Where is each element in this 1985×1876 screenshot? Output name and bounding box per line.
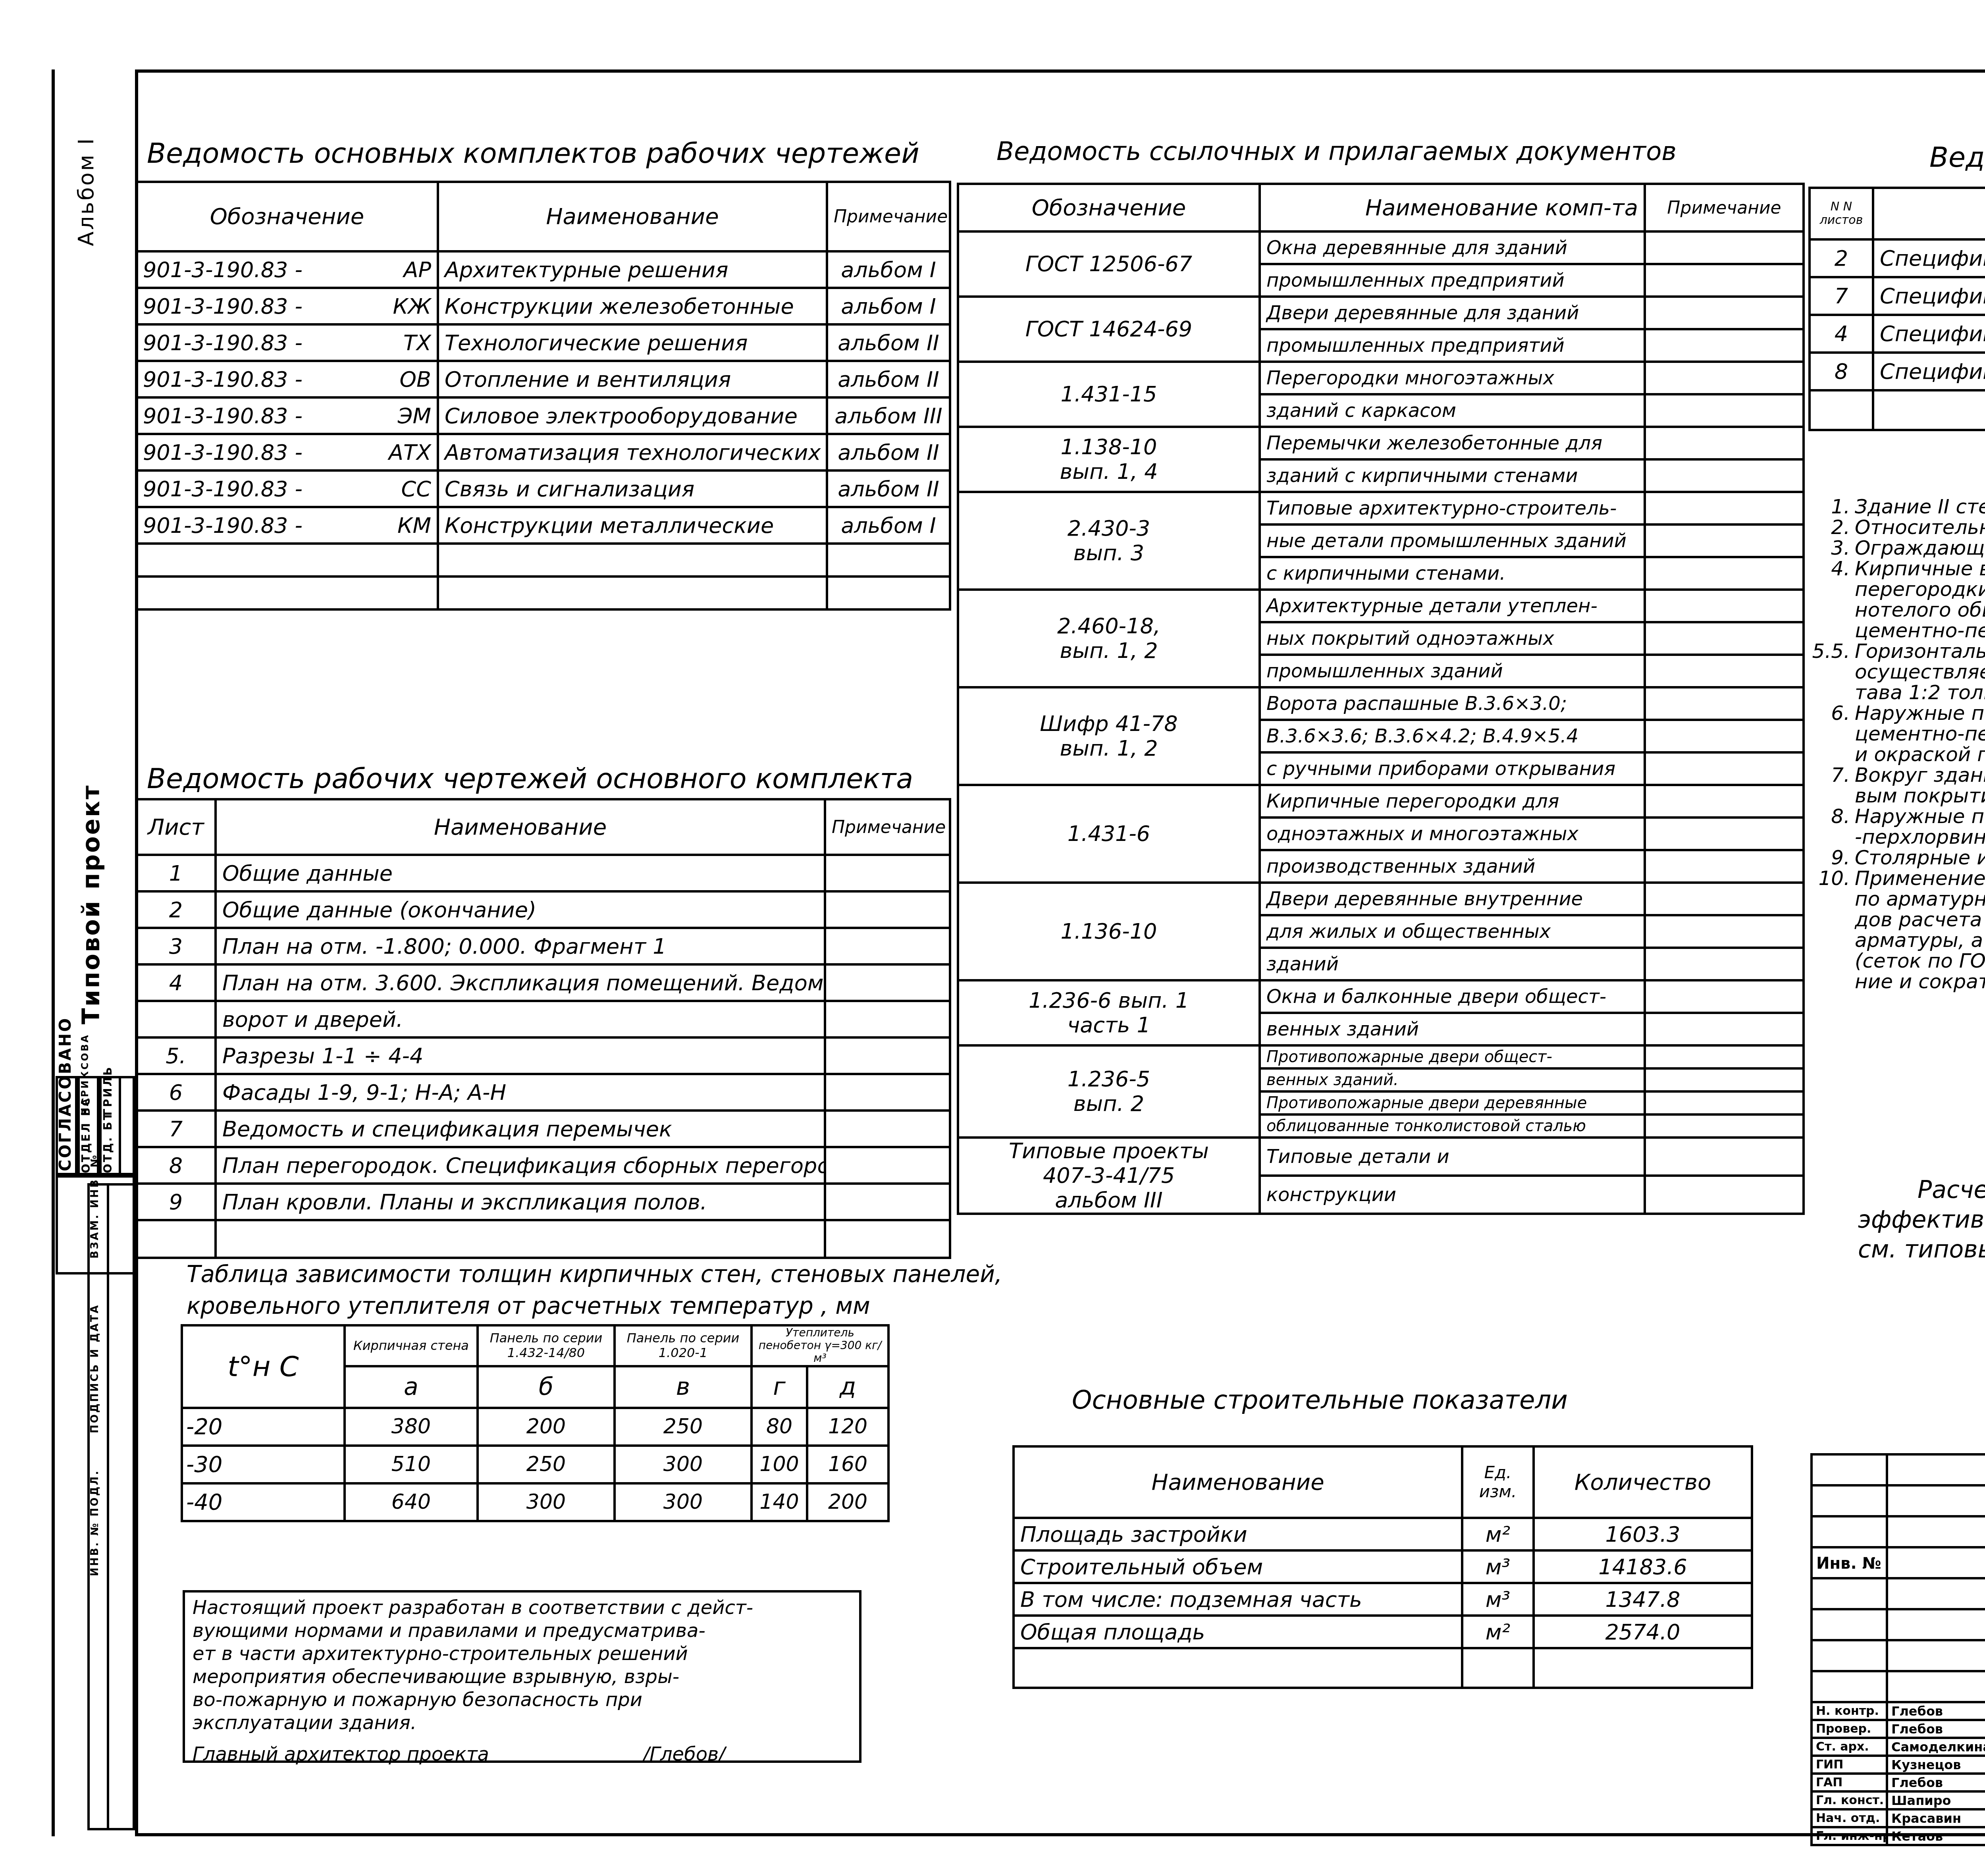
refs-name-line: Перемычки железобетонные для <box>1260 427 1645 459</box>
agreed-name-1: НАРИКСОВА <box>79 1033 91 1116</box>
drawings-name: ворот и дверей. <box>216 1001 825 1037</box>
indicators-header-qty: Количество <box>1534 1446 1752 1518</box>
thickness-temp: -20 <box>182 1408 345 1446</box>
indicators-qty: 1603.3 <box>1534 1518 1752 1550</box>
thickness-value: 510 <box>345 1446 478 1483</box>
refs-name-line: Двери деревянные для зданий <box>1260 297 1645 329</box>
indicators-unit: м² <box>1462 1616 1534 1648</box>
general-note-line: цементно-песчаном растворе марки 25. <box>1810 620 1985 641</box>
refs-row: 1.431-15Перегородки многоэтажных <box>958 362 1804 394</box>
efficiency-line: см. типовые проектные решения тп 901-3-1… <box>1858 1235 1985 1265</box>
general-note-line: 9.Столярные изделия окрашиваются масляно… <box>1810 847 1985 868</box>
agreed-label: СОГЛАСОВАНО <box>56 1017 75 1171</box>
refs-name-line: облицованные тонколистовой сталью <box>1260 1114 1645 1138</box>
refs-table-title: Ведомость ссылочных и прилагаемых докуме… <box>996 137 1677 166</box>
drawings-name: План на отм. 3.600. Экспликация помещени… <box>216 964 825 1001</box>
drawings-row: 4План на отм. 3.600. Экспликация помещен… <box>136 964 950 1001</box>
staff-name: Глебов <box>1887 1774 1985 1791</box>
general-note-line: 5.5.Горизонтальная гидроизоляция стен от… <box>1810 641 1985 661</box>
staff-role: ГАП <box>1812 1774 1887 1791</box>
indicators-qty: 1347.8 <box>1534 1583 1752 1616</box>
sets-note: альбом II <box>827 434 950 470</box>
thickness-subheader: г <box>752 1366 807 1408</box>
thickness-subheader: а <box>345 1366 478 1408</box>
general-note-line: (сеток по ГОСТ 23279-78) позволило упрос… <box>1810 951 1985 971</box>
staff-row: Гл. конст.Шапиро <box>1812 1791 1985 1809</box>
refs-row: 2.460-18,вып. 1, 2Архитектурные детали у… <box>958 590 1804 622</box>
specs-title: Ведомость спецификаций <box>1929 141 1985 174</box>
sets-header-code: Обозначение <box>136 182 438 251</box>
sets-note: альбом III <box>827 397 950 434</box>
refs-row: ГОСТ 14624-69Двери деревянные для зданий <box>958 297 1804 329</box>
drawings-row: 3План на отм. -1.800; 0.000. Фрагмент 1 <box>136 928 950 964</box>
sets-code: 901-3-190.83 -СС <box>136 470 438 507</box>
sets-note: альбом II <box>827 470 950 507</box>
indicators-row: Площадь застройким²1603.3 <box>1014 1518 1752 1550</box>
sets-name: Технологические решения <box>438 324 827 361</box>
refs-row: 1.236-5вып. 2Противопожарные двери общес… <box>958 1045 1804 1068</box>
indicators-row: Строительный объемм³14183.6 <box>1014 1550 1752 1583</box>
general-note-line: 3.Ограждающие конструкции-керамзитобетон… <box>1810 538 1985 558</box>
sets-note: альбом II <box>827 324 950 361</box>
general-note-line: 6.Наружные поверхности кирпичных вставок… <box>1810 703 1985 723</box>
drawings-row: 7Ведомость и спецификация перемычек <box>136 1111 950 1147</box>
indicators-name: В том числе: подземная часть <box>1014 1583 1462 1616</box>
sets-table-title: Ведомость основных комплектов рабочих че… <box>147 137 919 170</box>
sets-row: 901-3-190.83 -ОВОтопление и вентиляцияал… <box>136 361 950 397</box>
staff-row: Н. контр.Глебов <box>1812 1702 1985 1720</box>
staff-row: Гл. инж-нрКетаов <box>1812 1827 1985 1845</box>
general-note-line: 4.Кирпичные вставки наружных стен, внутр… <box>1810 558 1985 579</box>
refs-name-line: для жилых и общественных <box>1260 915 1645 948</box>
indicators-name: Общая площадь <box>1014 1616 1462 1648</box>
general-note-line: цементно-песчаным раствором марки 50 с р… <box>1810 723 1985 744</box>
thickness-row: -30510250300100160 <box>182 1446 888 1483</box>
specs-row: 4Спецификация гардеробного оборудования <box>1810 315 1985 353</box>
thickness-header-insulation: Утеплитель пенобетон γ=300 кг/м³ <box>752 1325 888 1366</box>
refs-name-line: зданий с каркасом <box>1260 394 1645 427</box>
staff-role: Провер. <box>1812 1720 1887 1738</box>
refs-name-line: Типовые архитектурно-строитель- <box>1260 492 1645 524</box>
staff-name: Шапиро <box>1887 1791 1985 1809</box>
refs-row: 1.236-6 вып. 1часть 1Окна и балконные дв… <box>958 980 1804 1013</box>
general-note-line: 8.Наружные поверхности панельных стен ок… <box>1810 806 1985 827</box>
stamp-field-sign-date: ПОДПИСЬ И ДАТА <box>89 1304 101 1433</box>
specs-row: 7Спецификация перемычек <box>1810 277 1985 315</box>
thickness-subheader: в <box>615 1366 752 1408</box>
thickness-value: 120 <box>807 1408 888 1446</box>
thickness-value: 300 <box>615 1446 752 1483</box>
refs-name-line: одноэтажных и многоэтажных <box>1260 817 1645 850</box>
indicators-row: В том числе: подземная частьм³1347.8 <box>1014 1583 1752 1616</box>
general-note-line: -перхлорвиниловыми красками. <box>1810 827 1985 847</box>
approval-stamp: СОГЛАСОВАНО ОТДЕЛ ВС НАРИКСОВА ОТД. БТ Г… <box>56 1076 135 1830</box>
staff-row: ГАПГлебов <box>1812 1774 1985 1791</box>
compliance-note: Настоящий проект разработан в соответств… <box>193 1596 753 1734</box>
sets-name: Конструкции железобетонные <box>438 288 827 324</box>
thickness-value: 200 <box>807 1483 888 1521</box>
staff-role: Нач. отд. <box>1812 1809 1887 1827</box>
refs-name-line: промышленных зданий <box>1260 655 1645 687</box>
sets-row: 901-3-190.83 -КЖКонструкции железобетонн… <box>136 288 950 324</box>
refs-header-name: Наименование комп-та <box>1260 184 1645 231</box>
specs-sheet: 7 <box>1810 277 1873 315</box>
refs-name-line: венных зданий <box>1260 1013 1645 1045</box>
efficiency-line: эффективности в соответствии с СН 514-79 <box>1858 1205 1985 1235</box>
sets-code: 901-3-190.83 -ЭМ <box>136 397 438 434</box>
efficiency-line: Расчеты показателей <box>1858 1175 1985 1205</box>
refs-name-line: с ручными приборами открывания <box>1260 752 1645 785</box>
staff-row: Ст. арх.Самоделкина <box>1812 1738 1985 1756</box>
drawings-sheet: 7 <box>136 1111 216 1147</box>
sets-code: 901-3-190.83 -КЖ <box>136 288 438 324</box>
drawings-row: 8План перегородок. Спецификация сборных … <box>136 1147 950 1184</box>
refs-row: Шифр 41-78вып. 1, 2Ворота распашные В.3.… <box>958 687 1804 720</box>
specs-name: Спецификация сборных перегородок. <box>1873 353 1985 390</box>
general-note-line: вым покрытием шириной 1.0м. <box>1810 785 1985 806</box>
indicators-unit: м² <box>1462 1518 1534 1550</box>
refs-name-line: производственных зданий <box>1260 850 1645 883</box>
drawings-sheet: 8 <box>136 1147 216 1184</box>
thickness-value: 300 <box>615 1483 752 1521</box>
drawings-header-name: Наименование <box>216 799 825 855</box>
refs-name-line: с кирпичными стенами. <box>1260 557 1645 590</box>
staff-role: Н. контр. <box>1812 1702 1887 1720</box>
staff-name: Самоделкина <box>1887 1738 1985 1756</box>
sets-row: 901-3-190.83 -ТХТехнологические решенияа… <box>136 324 950 361</box>
thickness-header-panel-1: Панель по серии 1.432-14/80 <box>478 1325 615 1366</box>
refs-name-line: конструкции <box>1260 1176 1645 1214</box>
specs-header-name: Наименование <box>1873 188 1985 239</box>
drawings-sheet <box>136 1001 216 1037</box>
efficiency-line: альбом I, стр. 7. <box>1858 1265 1985 1294</box>
refs-name-line: Окна деревянные для зданий <box>1260 231 1645 264</box>
sets-header-note: Примечание <box>827 182 950 251</box>
sets-row: 901-3-190.83 -СССвязь и сигнализацияальб… <box>136 470 950 507</box>
drawings-row: 9План кровли. Планы и экспликация полов. <box>136 1184 950 1220</box>
project-type-label: Типовой проект <box>77 784 105 1024</box>
general-note-line: и окраской под панели. <box>1810 744 1985 765</box>
sets-name: Архитектурные решения <box>438 251 827 288</box>
staff-name: Кузнецов <box>1887 1756 1985 1774</box>
thickness-title-1: Таблица зависимости толщин кирпичных сте… <box>187 1261 1002 1288</box>
general-note-line: 10.Применение коэффициента надежности по… <box>1810 868 1985 889</box>
drawings-sheet: 9 <box>136 1184 216 1220</box>
specs-sheet: 2 <box>1810 239 1873 277</box>
staff-name: Кетаов <box>1887 1827 1985 1845</box>
refs-code: Шифр 41-78вып. 1, 2 <box>958 687 1260 785</box>
refs-name-line: Противопожарные двери деревянные <box>1260 1091 1645 1114</box>
thickness-value: 640 <box>345 1483 478 1521</box>
general-note-line: тава 1:2 толщиной 20мм на отм. -0.030. <box>1810 682 1985 703</box>
general-note-line: дов расчета с помощью ЭВМ позволило сокр… <box>1810 909 1985 930</box>
thickness-value: 200 <box>478 1408 615 1446</box>
specs-sheet: 8 <box>1810 353 1873 390</box>
thickness-value: 80 <box>752 1408 807 1446</box>
refs-name-line: Ворота распашные В.3.6×3.0; <box>1260 687 1645 720</box>
sets-code: 901-3-190.83 -ОВ <box>136 361 438 397</box>
drawings-name: План кровли. Планы и экспликация полов. <box>216 1184 825 1220</box>
general-note-line: 7.Вокруг здания устраивается отмостка с … <box>1810 765 1985 785</box>
staff-role: Ст. арх. <box>1812 1738 1887 1756</box>
specs-header-sheets: N N листов <box>1810 188 1873 239</box>
drawings-sheet: 1 <box>136 855 216 891</box>
refs-code: ГОСТ 12506-67 <box>958 231 1260 297</box>
indicators-name: Строительный объем <box>1014 1550 1462 1583</box>
drawings-table-title: Ведомость рабочих чертежей основного ком… <box>147 762 913 795</box>
sets-name: Автоматизация технологических процессов <box>438 434 827 470</box>
drawings-header-sheet: Лист <box>136 799 216 855</box>
general-note-line: по арматурным сталям, а также более сове… <box>1810 889 1985 909</box>
margin-strip-line <box>52 69 55 1836</box>
general-note-line: арматуры, а применение индустриальных из… <box>1810 930 1985 951</box>
drawings-name: План перегородок. Спецификация сборных п… <box>216 1147 825 1184</box>
drawings-sheet: 5. <box>136 1037 216 1074</box>
drawings-name: Общие данные (окончание) <box>216 891 825 928</box>
sets-name: Отопление и вентиляция <box>438 361 827 397</box>
drawings-header-note: Примечание <box>825 799 950 855</box>
staff-row: Нач. отд.Красавин <box>1812 1809 1985 1827</box>
thickness-subheader: б <box>478 1366 615 1408</box>
staff-role: ГИП <box>1812 1756 1887 1774</box>
refs-name-line: венных зданий. <box>1260 1068 1645 1091</box>
drawings-name: Разрезы 1-1 ÷ 4-4 <box>216 1037 825 1074</box>
drawings-row: 1Общие данные <box>136 855 950 891</box>
specs-name: Спецификация элементов заполнения проемо… <box>1873 239 1985 277</box>
refs-name-line: Перегородки многоэтажных <box>1260 362 1645 394</box>
indicators-qty: 2574.0 <box>1534 1616 1752 1648</box>
indicators-qty: 14183.6 <box>1534 1550 1752 1583</box>
indicators-header-name: Наименование <box>1014 1446 1462 1518</box>
refs-name-line: Типовые детали и <box>1260 1138 1645 1176</box>
compliance-line: мероприятия обеспечивающие взрывную, взр… <box>193 1665 753 1688</box>
indicators-table: Наименование Ед. изм. Количество Площадь… <box>1012 1445 1753 1689</box>
staff-name: Глебов <box>1887 1720 1985 1738</box>
refs-header-note: Примечание <box>1645 184 1804 231</box>
drawings-name: Общие данные <box>216 855 825 891</box>
thickness-value: 380 <box>345 1408 478 1446</box>
refs-code: 1.236-5вып. 2 <box>958 1045 1260 1138</box>
thickness-value: 140 <box>752 1483 807 1521</box>
refs-row: Типовые проекты407-3-41/75альбом IIIТипо… <box>958 1138 1804 1176</box>
indicators-unit: м³ <box>1462 1550 1534 1583</box>
drawings-row: 5.Разрезы 1-1 ÷ 4-4 <box>136 1037 950 1074</box>
thickness-value: 300 <box>478 1483 615 1521</box>
title-block: Н. контр.ГлебовПровер.ГлебовСт. арх.Само… <box>1810 1453 1985 1836</box>
general-note-line: 1.Здание II степени огнестойкости <box>1810 496 1985 517</box>
refs-code: 1.236-6 вып. 1часть 1 <box>958 980 1260 1045</box>
inventory-label: Инв. № <box>1816 1554 1881 1573</box>
refs-name-line: Двери деревянные внутренние <box>1260 883 1645 915</box>
specs-name: Спецификация гардеробного оборудования <box>1873 315 1985 353</box>
thickness-value: 100 <box>752 1446 807 1483</box>
signature-role: Главный архитектор проекта <box>193 1743 489 1765</box>
refs-code: 1.431-6 <box>958 785 1260 883</box>
thickness-row: -40640300300140200 <box>182 1483 888 1521</box>
compliance-line: во-пожарную и пожарную безопасность при <box>193 1688 753 1711</box>
specs-name: Спецификация перемычек <box>1873 277 1985 315</box>
refs-row: 1.431-6Кирпичные перегородки для <box>958 785 1804 817</box>
thickness-table: t°н С Кирпичная стена Панель по серии 1.… <box>181 1324 890 1522</box>
general-note-line: ние и сократить трудоемкость работ при с… <box>1810 971 1985 992</box>
thickness-value: 250 <box>478 1446 615 1483</box>
thickness-header-panel-2: Панель по серии 1.020-1 <box>615 1325 752 1366</box>
refs-name-line: промышленных предприятий <box>1260 329 1645 362</box>
drawings-name: Фасады 1-9, 9-1; Н-А; А-Н <box>216 1074 825 1111</box>
agreed-dept-2: ОТД. БТ <box>101 1111 114 1173</box>
compliance-line: ет в части архитектурно-строительных реш… <box>193 1642 753 1665</box>
sets-code: 901-3-190.83 -ТХ <box>136 324 438 361</box>
sets-code: 901-3-190.83 -АР <box>136 251 438 288</box>
sets-row: 901-3-190.83 -КМКонструкции металлически… <box>136 507 950 544</box>
staff-role: Гл. инж-нр <box>1812 1827 1887 1845</box>
refs-row: 2.430-3вып. 3Типовые архитектурно-строит… <box>958 492 1804 524</box>
sets-header-name: Наименование <box>438 182 827 251</box>
staff-row: ГИПКузнецов <box>1812 1756 1985 1774</box>
sets-note: альбом I <box>827 251 950 288</box>
refs-name-line: ные детали промышленных зданий <box>1260 524 1645 557</box>
refs-table: Обозначение Наименование комп-та Примеча… <box>957 183 1805 1215</box>
refs-row: 1.136-10Двери деревянные внутренние <box>958 883 1804 915</box>
staff-name: Глебов <box>1887 1702 1985 1720</box>
sets-row: 901-3-190.83 -ЭМСиловое электрооборудова… <box>136 397 950 434</box>
refs-name-line: зданий с кирпичными стенами <box>1260 459 1645 492</box>
refs-code: 1.431-15 <box>958 362 1260 427</box>
refs-code: 1.136-10 <box>958 883 1260 980</box>
staff-row: Провер.Глебов <box>1812 1720 1985 1738</box>
sets-table: Обозначение Наименование Примечание 901-… <box>135 181 951 611</box>
sets-name: Связь и сигнализация <box>438 470 827 507</box>
refs-name-line: Противопожарные двери общест- <box>1260 1045 1645 1068</box>
drawings-sheet: 4 <box>136 964 216 1001</box>
refs-code: 2.430-3вып. 3 <box>958 492 1260 590</box>
refs-name-line: ных покрытий одноэтажных <box>1260 622 1645 655</box>
drawings-sheet: 3 <box>136 928 216 964</box>
specs-sheet: 4 <box>1810 315 1873 353</box>
refs-name-line: Архитектурные детали утеплен- <box>1260 590 1645 622</box>
thickness-value: 160 <box>807 1446 888 1483</box>
sets-note: альбом II <box>827 361 950 397</box>
sets-note: альбом I <box>827 507 950 544</box>
drawings-table: Лист Наименование Примечание 1Общие данн… <box>135 798 951 1259</box>
thickness-corner: t°н С <box>182 1325 345 1408</box>
refs-name-line: Кирпичные перегородки для <box>1260 785 1645 817</box>
signature-name: /Глебов/ <box>643 1743 725 1765</box>
sets-code: 901-3-190.83 -АТХ <box>136 434 438 470</box>
thickness-header-brick: Кирпичная стена <box>345 1325 478 1366</box>
general-note-line: нотелого обыкновенного марки 100 (ГОСТ 5… <box>1810 600 1985 620</box>
specs-table: N N листов Наименование Примечание 2Спец… <box>1808 187 1985 431</box>
thickness-subheader: д <box>807 1366 888 1408</box>
refs-code: 2.460-18,вып. 1, 2 <box>958 590 1260 687</box>
drawings-row: 2Общие данные (окончание) <box>136 891 950 928</box>
refs-code: Типовые проекты407-3-41/75альбом III <box>958 1138 1260 1214</box>
sets-name: Конструкции металлические <box>438 507 827 544</box>
refs-name-line: В.3.6×3.6; В.3.6×4.2; В.4.9×5.4 <box>1260 720 1645 752</box>
agreed-name-2: ГРИЛЬ <box>101 1066 114 1116</box>
compliance-line: эксплуатации здания. <box>193 1711 753 1734</box>
thickness-temp: -30 <box>182 1446 345 1483</box>
compliance-line: вующими нормами и правилами и предусматр… <box>193 1619 753 1642</box>
stamp-field-replaced: ВЗАМ. ИНВ. № <box>89 1153 101 1259</box>
refs-row: ГОСТ 12506-67Окна деревянные для зданий <box>958 231 1804 264</box>
refs-code: 1.138-10вып. 1, 4 <box>958 427 1260 492</box>
drawings-sheet: 6 <box>136 1074 216 1111</box>
general-note-line: перегородки выполняются из керамического… <box>1810 579 1985 600</box>
sets-row: 901-3-190.83 -АТХАвтоматизация технологи… <box>136 434 950 470</box>
drawings-row: 6Фасады 1-9, 9-1; Н-А; А-Н <box>136 1074 950 1111</box>
staff-name: Красавин <box>1887 1809 1985 1827</box>
indicators-name: Площадь застройки <box>1014 1518 1462 1550</box>
thickness-temp: -40 <box>182 1483 345 1521</box>
refs-header-code: Обозначение <box>958 184 1260 231</box>
staff-grid: Н. контр.ГлебовПровер.ГлебовСт. арх.Само… <box>1810 1453 1985 1846</box>
refs-name-line: Окна и балконные двери общест- <box>1260 980 1645 1013</box>
thickness-title-2: кровельного утеплителя от расчетных темп… <box>187 1292 870 1319</box>
drawings-row: ворот и дверей. <box>136 1001 950 1037</box>
indicators-header-unit: Ед. изм. <box>1462 1446 1534 1518</box>
indicators-unit: м³ <box>1462 1583 1534 1616</box>
sets-row: 901-3-190.83 -АРАрхитектурные решенияаль… <box>136 251 950 288</box>
sets-note: альбом I <box>827 288 950 324</box>
staff-role: Гл. конст. <box>1812 1791 1887 1809</box>
sets-name: Силовое электрооборудование <box>438 397 827 434</box>
refs-row: 1.138-10вып. 1, 4Перемычки железобетонны… <box>958 427 1804 459</box>
thickness-value: 250 <box>615 1408 752 1446</box>
refs-name-line: промышленных предприятий <box>1260 264 1645 297</box>
general-notes: 1.Здание II степени огнестойкости2.Относ… <box>1810 496 1985 992</box>
indicators-title: Основные строительные показатели <box>1072 1386 1568 1415</box>
indicators-row: Общая площадьм²2574.0 <box>1014 1616 1752 1648</box>
general-note-line: осуществляется слоем цементно-песчаного … <box>1810 661 1985 682</box>
refs-code: ГОСТ 14624-69 <box>958 297 1260 362</box>
drawings-name: Ведомость и спецификация перемычек <box>216 1111 825 1147</box>
efficiency-note: Расчеты показателейэффективности в соотв… <box>1858 1175 1985 1294</box>
drawings-name: План на отм. -1.800; 0.000. Фрагмент 1 <box>216 928 825 964</box>
specs-row: 2Спецификация элементов заполнения проем… <box>1810 239 1985 277</box>
refs-name-line: зданий <box>1260 948 1645 980</box>
stamp-field-inv: ИНВ. № ПОДЛ. <box>89 1469 101 1576</box>
drawings-sheet: 2 <box>136 891 216 928</box>
thickness-row: -2038020025080120 <box>182 1408 888 1446</box>
general-note-line: 2.Относительная отм. 0.000 соответствует… <box>1810 517 1985 538</box>
sets-code: 901-3-190.83 -КМ <box>136 507 438 544</box>
album-label: Альбом I <box>73 137 98 246</box>
specs-row: 8Спецификация сборных перегородок. <box>1810 353 1985 390</box>
compliance-line: Настоящий проект разработан в соответств… <box>193 1596 753 1619</box>
